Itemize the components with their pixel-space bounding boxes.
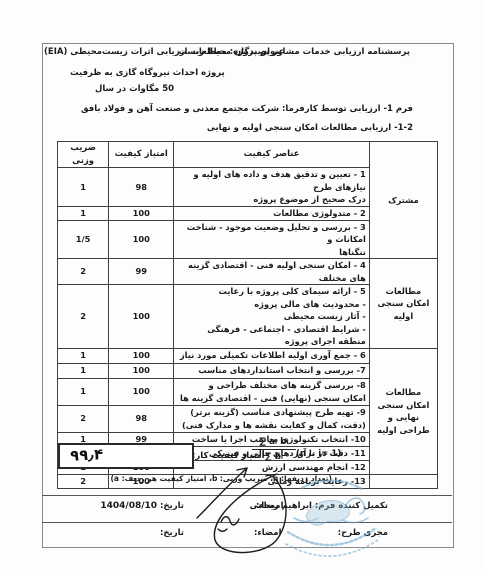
col-header-weight: ضریب وزنی — [58, 142, 109, 168]
element-cell: 9- تهیه طرح پیشنهادی مناسب (گزینه برتر) … — [174, 405, 370, 432]
section-1-2-line: 1-2- ارزیابی مطالعات امکان سنجی اولیه و … — [207, 123, 413, 134]
col-header-elements: عناصر کیفیت — [174, 142, 370, 168]
weight-cell: 1 — [58, 348, 109, 363]
score-cell: 100 — [109, 285, 174, 349]
weight-cell: 1 — [58, 363, 109, 378]
col-header-score: امتیاز کیفیت — [109, 142, 174, 168]
date-row-1: تاریخ: 1404/08/10 — [106, 501, 184, 512]
score-cell: 98 — [109, 405, 174, 432]
element-cell: 7- بررسی و انتخاب استانداردهای مناسب — [174, 363, 370, 378]
score-cell: 100 — [109, 363, 174, 378]
total-score-box: ۹۹٫۴ — [58, 443, 194, 469]
weight-cell: 2 — [58, 474, 109, 488]
group-cell-common: مشترک — [369, 142, 437, 259]
weight-cell: 2 — [58, 259, 109, 285]
group-cell-preliminary-feasibility: مطالعات امکان سنجی اولیه — [369, 259, 437, 349]
handwritten-total-score: ۹۹٫۴ — [70, 445, 104, 465]
score-cell: 99 — [109, 259, 174, 285]
quality-scores-table: مشترک عناصر کیفیت امتیاز کیفیت ضریب وزنی… — [57, 141, 438, 489]
element-cell: 5 - ارائه سیمای کلی پروژه با رعایت - محد… — [174, 285, 370, 349]
score-cell: 100 — [109, 220, 174, 259]
element-cell: 2 - متدولوژی مطالعات — [174, 206, 370, 220]
element-cell: 1 - تعیین و تدقیق هدف و داده های اولیه و… — [174, 168, 370, 207]
score-cell: 100 — [109, 206, 174, 220]
weight-cell: 1 — [58, 206, 109, 220]
date-value: 1404/08/10 — [100, 501, 157, 511]
table-header-row: مشترک عناصر کیفیت امتیاز کیفیت ضریب وزنی — [58, 142, 438, 168]
score-cell: 98 — [109, 168, 174, 207]
project-title: عنوان پروژه: مطالعات ارزیابی اثرات زیست‌… — [44, 47, 285, 58]
weight-cell: 2 — [58, 405, 109, 432]
table-row: مطالعات امکان سنجی نهایی و طراحی اولیه 6… — [58, 348, 438, 363]
table-row: مطالعات امکان سنجی اولیه 4 - امکان سنجی … — [58, 259, 438, 285]
project-title-line2: پروژه احداث نیروگاه گازی به ظرفیت — [70, 68, 225, 79]
element-cell: 3 - بررسی و تحلیل وضعیت موجود - شناخت ام… — [174, 220, 370, 259]
weight-cell: 1 — [58, 378, 109, 405]
weight-cell: 1 — [58, 168, 109, 207]
scanned-evaluation-form: پرسشنامه ارزیابی خدمات مشاور پویندگان مح… — [0, 0, 484, 574]
signature-scribble — [175, 442, 315, 562]
score-cell: 100 — [109, 378, 174, 405]
group-cell-final-feasibility: مطالعات امکان سنجی نهایی و طراحی اولیه — [369, 348, 437, 474]
element-cell: 6 - جمع آوری اولیه اطلاعات تکمیلی مورد ن… — [174, 348, 370, 363]
weight-cell: 1/5 — [58, 220, 109, 259]
element-cell: 4 - امکان سنجی اولیه فنی - اقتصادی گزینه… — [174, 259, 370, 285]
weight-cell: 2 — [58, 285, 109, 349]
form1-evaluator-line: فرم 1- ارزیابی توسط کارفرما: شرکت مجتمع … — [81, 104, 413, 115]
project-capacity: 50 مگاوات در سال — [95, 84, 174, 95]
score-cell: 100 — [109, 348, 174, 363]
element-cell: 8- بررسی گزینه های مختلف طراحی و امکان س… — [174, 378, 370, 405]
